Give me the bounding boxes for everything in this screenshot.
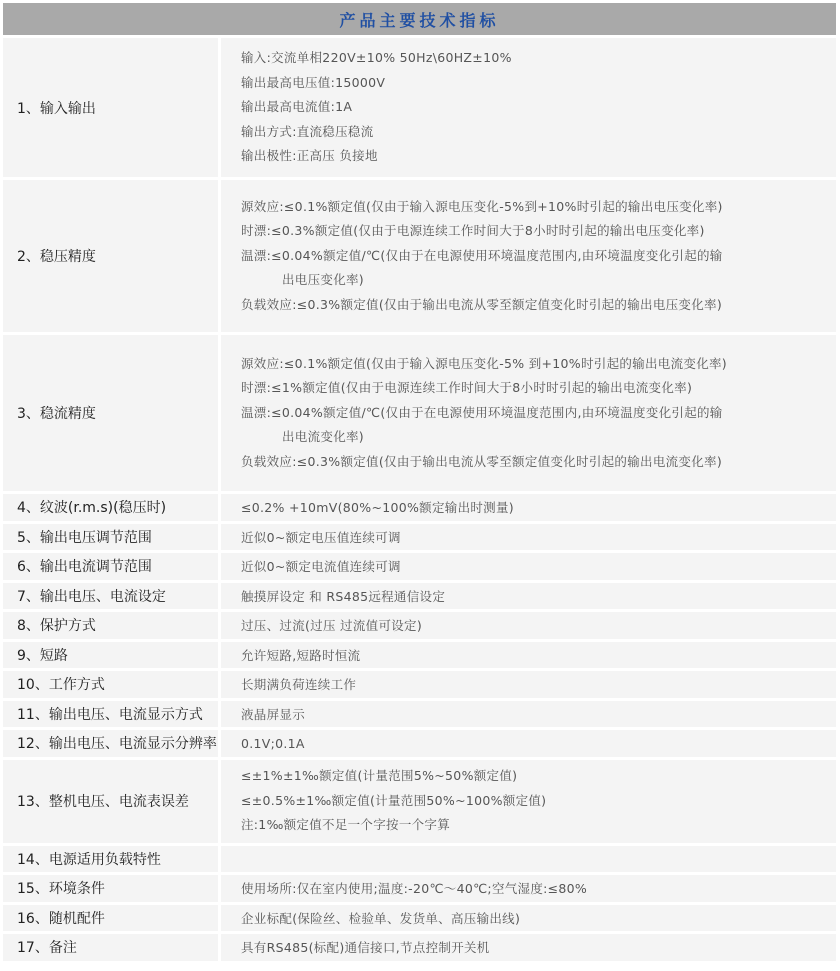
row-label: 8、保护方式 [3, 612, 218, 639]
value-line: 负载效应:≤0.3%额定值(仅由于输出电流从零至额定值变化时引起的输出电流变化率… [241, 450, 836, 475]
row-label: 3、稳流精度 [3, 335, 218, 491]
row-value: 企业标配(保险丝、检验单、发货单、高压输出线) [221, 905, 836, 932]
spec-row-current-precision: 3、稳流精度 源效应:≤0.1%额定值(仅由于输入源电压变化-5% 到+10%时… [3, 335, 836, 491]
spec-table: 产品主要技术指标 1、输入输出 输入:交流单相220V±10% 50Hz\60H… [3, 3, 836, 961]
row-label: 2、稳压精度 [3, 180, 218, 332]
value-line: 温漂:≤0.04%额定值/℃(仅由于在电源使用环境温度范围内,由环境温度变化引起… [241, 244, 836, 269]
spec-row-meter-error: 13、整机电压、电流表误差 ≤±1%±1‰额定值(计量范围5%~50%额定值) … [3, 760, 836, 843]
value-line: 输出最高电流值:1A [241, 95, 836, 120]
row-label: 13、整机电压、电流表误差 [3, 760, 218, 843]
row-label: 9、短路 [3, 642, 218, 669]
spec-row-protection: 8、保护方式 过压、过流(过压 过流值可设定) [3, 612, 836, 639]
row-value: 长期满负荷连续工作 [221, 671, 836, 698]
spec-row-ripple: 4、纹波(r.m.s)(稳压时) ≤0.2% +10mV(80%~100%额定输… [3, 494, 836, 521]
value-line: 源效应:≤0.1%额定值(仅由于输入源电压变化-5% 到+10%时引起的输出电流… [241, 352, 836, 377]
value-line: 负载效应:≤0.3%额定值(仅由于输出电流从零至额定值变化时引起的输出电压变化率… [241, 293, 836, 318]
row-value: 0.1V;0.1A [221, 730, 836, 757]
value-line: 时漂:≤0.3%额定值(仅由于电源连续工作时间大于8小时时引起的输出电压变化率) [241, 219, 836, 244]
spec-row-work-mode: 10、工作方式 长期满负荷连续工作 [3, 671, 836, 698]
row-value [221, 846, 836, 873]
row-value: 过压、过流(过压 过流值可设定) [221, 612, 836, 639]
spec-row-display-mode: 11、输出电压、电流显示方式 液晶屏显示 [3, 701, 836, 728]
table-title: 产品主要技术指标 [3, 3, 836, 35]
row-label: 4、纹波(r.m.s)(稳压时) [3, 494, 218, 521]
spec-row-environment: 15、环境条件 使用场所:仅在室内使用;温度:-20℃～40℃;空气湿度:≤80… [3, 875, 836, 902]
row-value: 输入:交流单相220V±10% 50Hz\60HZ±10% 输出最高电压值:15… [221, 38, 836, 177]
value-line: 输出方式:直流稳压稳流 [241, 120, 836, 145]
row-value: 源效应:≤0.1%额定值(仅由于输入源电压变化-5% 到+10%时引起的输出电流… [221, 335, 836, 491]
value-line: ≤±1%±1‰额定值(计量范围5%~50%额定值) [241, 764, 836, 789]
row-value: 近似0~额定电压值连续可调 [221, 524, 836, 551]
spec-row-input-output: 1、输入输出 输入:交流单相220V±10% 50Hz\60HZ±10% 输出最… [3, 38, 836, 177]
spec-row-current-range: 6、输出电流调节范围 近似0~额定电流值连续可调 [3, 553, 836, 580]
spec-row-remarks: 17、备注 具有RS485(标配)通信接口,节点控制开关机 [3, 934, 836, 961]
row-value: 使用场所:仅在室内使用;温度:-20℃～40℃;空气湿度:≤80% [221, 875, 836, 902]
spec-row-short-circuit: 9、短路 允许短路,短路时恒流 [3, 642, 836, 669]
row-label: 11、输出电压、电流显示方式 [3, 701, 218, 728]
value-line: 出电压变化率) [241, 268, 836, 293]
spec-row-load-characteristics: 14、电源适用负载特性 [3, 846, 836, 873]
spec-row-accessories: 16、随机配件 企业标配(保险丝、检验单、发货单、高压输出线) [3, 905, 836, 932]
row-value: 近似0~额定电流值连续可调 [221, 553, 836, 580]
row-label: 7、输出电压、电流设定 [3, 583, 218, 610]
spec-row-setting: 7、输出电压、电流设定 触摸屏设定 和 RS485远程通信设定 [3, 583, 836, 610]
value-line: 源效应:≤0.1%额定值(仅由于输入源电压变化-5%到+10%时引起的输出电压变… [241, 195, 836, 220]
row-label: 14、电源适用负载特性 [3, 846, 218, 873]
row-label: 10、工作方式 [3, 671, 218, 698]
value-line: 温漂:≤0.04%额定值/℃(仅由于在电源使用环境温度范围内,由环境温度变化引起… [241, 401, 836, 426]
value-line: 时漂:≤1%额定值(仅由于电源连续工作时间大于8小时时引起的输出电流变化率) [241, 376, 836, 401]
row-value: 允许短路,短路时恒流 [221, 642, 836, 669]
value-line: ≤±0.5%±1‰额定值(计量范围50%~100%额定值) [241, 789, 836, 814]
value-line: 出电流变化率) [241, 425, 836, 450]
spec-row-display-resolution: 12、输出电压、电流显示分辨率 0.1V;0.1A [3, 730, 836, 757]
row-value: 具有RS485(标配)通信接口,节点控制开关机 [221, 934, 836, 961]
value-line: 输出最高电压值:15000V [241, 71, 836, 96]
row-label: 6、输出电流调节范围 [3, 553, 218, 580]
row-value: ≤0.2% +10mV(80%~100%额定输出时测量) [221, 494, 836, 521]
spec-row-voltage-range: 5、输出电压调节范围 近似0~额定电压值连续可调 [3, 524, 836, 551]
row-value: ≤±1%±1‰额定值(计量范围5%~50%额定值) ≤±0.5%±1‰额定值(计… [221, 760, 836, 843]
row-label: 17、备注 [3, 934, 218, 961]
value-line: 注:1‰额定值不足一个字按一个字算 [241, 813, 836, 838]
row-label: 12、输出电压、电流显示分辨率 [3, 730, 218, 757]
spec-row-voltage-precision: 2、稳压精度 源效应:≤0.1%额定值(仅由于输入源电压变化-5%到+10%时引… [3, 180, 836, 332]
row-value: 源效应:≤0.1%额定值(仅由于输入源电压变化-5%到+10%时引起的输出电压变… [221, 180, 836, 332]
row-label: 16、随机配件 [3, 905, 218, 932]
value-line: 输入:交流单相220V±10% 50Hz\60HZ±10% [241, 46, 836, 71]
row-label: 1、输入输出 [3, 38, 218, 177]
row-value: 触摸屏设定 和 RS485远程通信设定 [221, 583, 836, 610]
row-label: 15、环境条件 [3, 875, 218, 902]
row-label: 5、输出电压调节范围 [3, 524, 218, 551]
row-value: 液晶屏显示 [221, 701, 836, 728]
value-line: 输出极性:正高压 负接地 [241, 144, 836, 169]
